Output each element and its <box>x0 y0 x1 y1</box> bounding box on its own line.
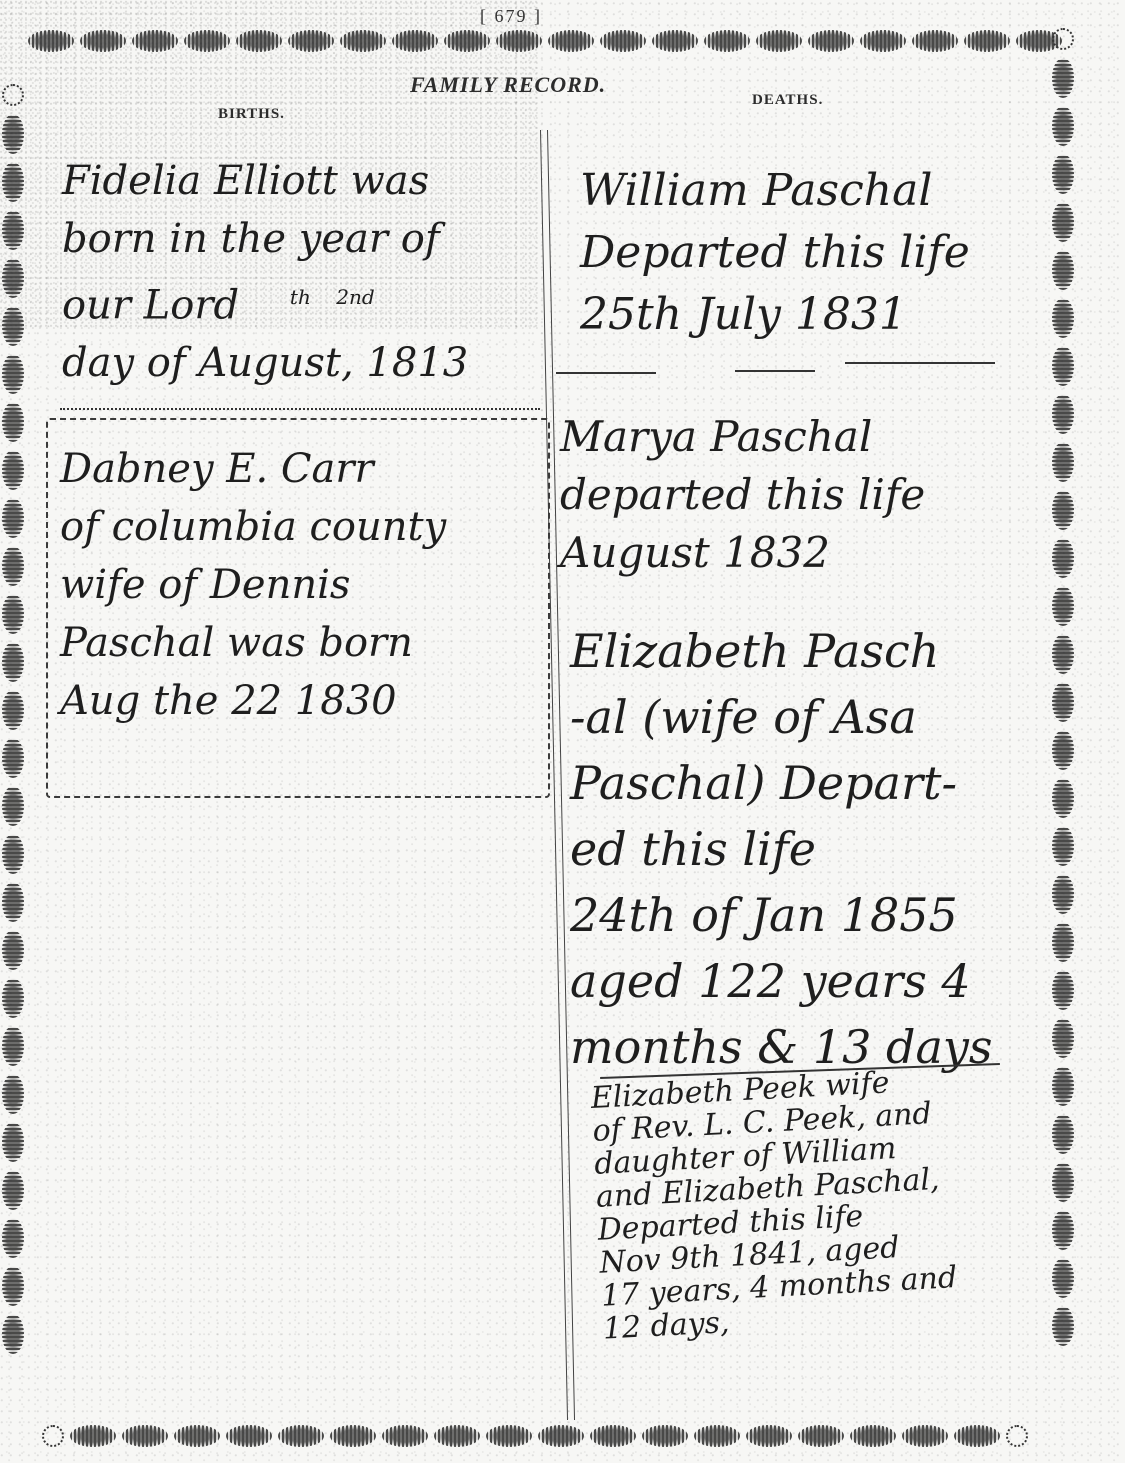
ordinal-day: 2nd <box>336 285 374 309</box>
ornament-icon <box>1052 1162 1074 1202</box>
death-entry: Elizabeth Pasch -al (wife of Asa Paschal… <box>570 618 992 1080</box>
entry-line: 24th of Jan 1855 <box>570 882 992 948</box>
ornament-icon <box>1052 106 1074 146</box>
rosette-icon <box>2 84 24 106</box>
ornament-icon <box>600 30 646 52</box>
ornament-icon <box>486 1425 532 1447</box>
ornament-icon <box>1052 586 1074 626</box>
ornament-icon <box>652 30 698 52</box>
entry-line: Marya Paschal <box>560 408 925 466</box>
entry-line: of columbia county <box>60 498 446 556</box>
death-entry: Elizabeth Peek wife of Rev. L. C. Peek, … <box>590 1063 960 1345</box>
ornament-icon <box>1052 154 1074 194</box>
ornament-icon <box>1052 394 1074 434</box>
ornament-icon <box>1052 1018 1074 1058</box>
ornament-icon <box>122 1425 168 1447</box>
ornament-icon <box>590 1425 636 1447</box>
ornament-icon <box>2 978 24 1018</box>
ornamental-border-left <box>2 84 24 1414</box>
ornament-icon <box>2 354 24 394</box>
entry-line: departed this life <box>560 466 925 524</box>
ornament-icon <box>1052 634 1074 674</box>
ornament-icon <box>798 1425 844 1447</box>
ornament-icon <box>1052 298 1074 338</box>
ornament-icon <box>538 1425 584 1447</box>
underline-rule <box>845 362 995 364</box>
underline-rule <box>556 372 656 374</box>
ornament-icon <box>2 882 24 922</box>
ornament-icon <box>288 30 334 52</box>
ornament-icon <box>1052 778 1074 818</box>
ornament-icon <box>1052 1258 1074 1298</box>
entry-line: William Paschal <box>580 160 970 222</box>
ornamental-border-right <box>1052 28 1074 1418</box>
ornament-icon <box>1052 538 1074 578</box>
ornament-icon <box>1052 1114 1074 1154</box>
ornament-icon <box>28 30 74 52</box>
ornament-icon <box>1052 826 1074 866</box>
ornament-icon <box>642 1425 688 1447</box>
entry-line: Fidelia Elliott was <box>62 152 468 210</box>
ornament-icon <box>964 30 1010 52</box>
ornament-icon <box>2 306 24 346</box>
ornament-icon <box>2 594 24 634</box>
entry-line: wife of Dennis <box>60 556 446 614</box>
entry-line: Elizabeth Pasch <box>570 618 992 684</box>
ornament-icon <box>2 450 24 490</box>
ornament-icon <box>132 30 178 52</box>
entry-line: Aug the 22 1830 <box>60 672 446 730</box>
ornament-icon <box>174 1425 220 1447</box>
ornament-icon <box>1052 202 1074 242</box>
entry-line: Dabney E. Carr <box>60 440 446 498</box>
page-title: FAMILY RECORD. <box>410 72 606 98</box>
entry-line: ed this life <box>570 816 992 882</box>
entry-line: 25th July 1831 <box>580 284 970 346</box>
entry-line: aged 122 years 4 <box>570 948 992 1014</box>
ornament-icon <box>912 30 958 52</box>
ornament-icon <box>756 30 802 52</box>
ornament-icon <box>2 738 24 778</box>
ornament-icon <box>1052 1306 1074 1346</box>
entry-line: Paschal was born <box>60 614 446 672</box>
ornament-icon <box>2 930 24 970</box>
entry-line: day of August, 1813 <box>62 334 468 392</box>
ornament-icon <box>2 1314 24 1354</box>
deaths-column-heading: DEATHS. <box>752 92 823 109</box>
ornament-icon <box>2 258 24 298</box>
ornament-icon <box>236 30 282 52</box>
ornament-icon <box>746 1425 792 1447</box>
ornament-icon <box>1052 730 1074 770</box>
births-column-heading: BIRTHS. <box>218 106 285 123</box>
ornament-icon <box>2 114 24 154</box>
ornament-icon <box>1052 970 1074 1010</box>
ornament-icon <box>392 30 438 52</box>
ornament-icon <box>2 210 24 250</box>
ornament-icon <box>1052 346 1074 386</box>
ornament-icon <box>2 162 24 202</box>
rosette-icon <box>1006 1425 1028 1447</box>
ornament-icon <box>860 30 906 52</box>
ornament-icon <box>496 30 542 52</box>
entry-line: Paschal) Depart- <box>570 750 992 816</box>
entry-line: our Lord th 2nd <box>62 268 468 334</box>
ornament-icon <box>1052 442 1074 482</box>
ornamental-border-bottom <box>42 1425 1082 1447</box>
ornament-icon <box>80 30 126 52</box>
ornament-icon <box>70 1425 116 1447</box>
ornament-icon <box>2 402 24 442</box>
entry-line: born in the year of <box>62 210 468 268</box>
entry-line: Departed this life <box>580 222 970 284</box>
ornament-icon <box>850 1425 896 1447</box>
ornamental-border-top <box>28 30 1098 52</box>
ornament-icon <box>2 642 24 682</box>
wavy-separator <box>60 408 540 410</box>
ornament-icon <box>1052 58 1074 98</box>
page-number: [ 679 ] <box>480 6 542 27</box>
ornament-icon <box>340 30 386 52</box>
ornament-icon <box>2 1170 24 1210</box>
ornament-icon <box>1052 682 1074 722</box>
ornament-icon <box>434 1425 480 1447</box>
ordinal-mark: th <box>290 285 311 309</box>
birth-entry: Fidelia Elliott was born in the year of … <box>62 152 468 392</box>
ornament-icon <box>1052 922 1074 962</box>
ornament-icon <box>2 1074 24 1114</box>
ornament-icon <box>382 1425 428 1447</box>
ornament-icon <box>1052 874 1074 914</box>
entry-line: August 1832 <box>560 524 925 582</box>
ornament-icon <box>694 1425 740 1447</box>
ornament-icon <box>902 1425 948 1447</box>
rosette-icon <box>1052 28 1074 50</box>
ornament-icon <box>2 1026 24 1066</box>
ornament-icon <box>278 1425 324 1447</box>
ornament-icon <box>2 498 24 538</box>
ornament-icon <box>1052 1210 1074 1250</box>
ornament-icon <box>808 30 854 52</box>
ornament-icon <box>2 1122 24 1162</box>
rosette-icon <box>42 1425 64 1447</box>
birth-entry: Dabney E. Carr of columbia county wife o… <box>60 440 446 730</box>
underline-rule <box>735 370 815 372</box>
death-entry: Marya Paschal departed this life August … <box>560 408 925 582</box>
ornament-icon <box>226 1425 272 1447</box>
ornament-icon <box>2 786 24 826</box>
ornament-icon <box>2 546 24 586</box>
ornament-icon <box>1052 1066 1074 1106</box>
ornament-icon <box>2 690 24 730</box>
ornament-icon <box>184 30 230 52</box>
ornament-icon <box>2 1266 24 1306</box>
death-entry: William Paschal Departed this life 25th … <box>580 160 970 346</box>
ornament-icon <box>444 30 490 52</box>
ornament-icon <box>330 1425 376 1447</box>
ornament-icon <box>2 1218 24 1258</box>
ornament-icon <box>704 30 750 52</box>
ornament-icon <box>954 1425 1000 1447</box>
ornament-icon <box>548 30 594 52</box>
ornament-icon <box>1052 490 1074 530</box>
ornament-icon <box>2 834 24 874</box>
ornament-icon <box>1052 250 1074 290</box>
entry-line: -al (wife of Asa <box>570 684 992 750</box>
